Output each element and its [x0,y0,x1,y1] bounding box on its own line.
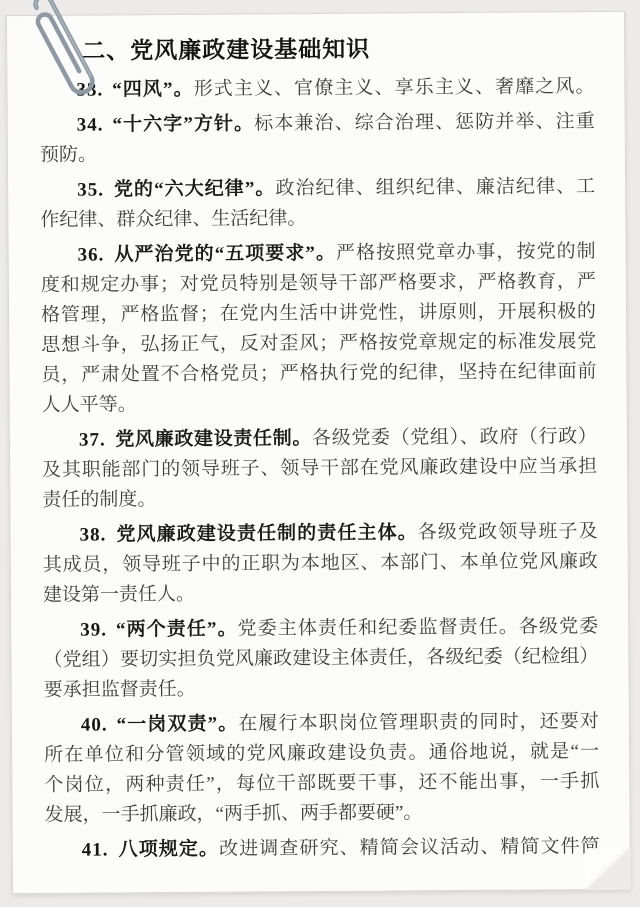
text-line: 预防。 [40,137,595,171]
text-line: 所在单位和分管领域的党风廉政建设负责。通俗地说，就是“一 [44,737,599,771]
text-line: 作纪律、群众纪律、生活纪律。 [40,202,595,236]
item-text: 各级党政领导班子及 [418,521,598,543]
photo-background: 二、党风廉政建设基础知识 33.“四风”。形式主义、官僚主义、享乐主义、奢靡之风… [0,0,640,907]
item-text: 改进调查研究、精简会议活动、精简文件简 [219,836,600,860]
item-number: 34. [77,114,104,135]
text-line: 35.党的“六大纪律”。政治纪律、组织纪律、廉洁纪律、工 [40,172,595,206]
item-term: 党风廉政建设责任制的责任主体。 [115,522,418,545]
item-number: 37. [79,429,106,450]
knowledge-item: 35.党的“六大纪律”。政治纪律、组织纪律、廉洁纪律、工作纪律、群众纪律、生活纪… [40,172,595,236]
knowledge-item: 34.“十六字”方针。标本兼治、综合治理、惩防并举、注重预防。 [40,107,595,171]
text-line: 34.“十六字”方针。标本兼治、综合治理、惩防并举、注重 [40,107,595,141]
item-text: 政治纪律、组织纪律、廉洁纪律、工 [275,176,595,199]
knowledge-item: 37.党风廉政建设责任制。各级党委（党组）、政府（行政）及其职能部门的领导班子、… [42,422,598,516]
text-line: 37.党风廉政建设责任制。各级党委（党组）、政府（行政） [42,422,597,456]
item-number: 41. [82,839,109,860]
item-number: 36. [78,244,105,265]
item-term: 党风廉政建设责任制。 [115,428,313,450]
text-line: 要承担监督责任。 [44,672,599,706]
item-term: “两个责任”。 [116,619,238,641]
text-line: 思想斗争，弘扬正气，反对歪风；严格按党章规定的标准发展党 [41,327,596,361]
text-line: 度和规定办事；对党员特别是领导干部严格要求，严格教育，严 [41,267,596,301]
item-text: 在履行本职岗位管理职责的同时，还要对 [238,711,599,735]
item-term: 党的“六大纪律”。 [113,178,276,200]
text-line: 责任的制度。 [42,482,597,516]
item-text: 各级党委（党组）、政府（行政） [312,426,597,449]
text-line: 员，严肃处置不合格党员；严格执行党的纪律，坚持在纪律面前 [41,357,596,391]
text-line: 建设第一责任人。 [43,577,598,611]
text-line: 41.八项规定。改进调查研究、精简会议活动、精简文件简 [45,832,600,866]
text-line: 36.从严治党的“五项要求”。严格按照党章办事，按党的制 [41,237,596,271]
item-term: 从严治党的“五项要求”。 [113,243,336,266]
item-term: “四风”。 [112,79,194,101]
item-number: 35. [77,179,104,200]
text-line: 格管理，严格监督；在党内生活中讲党性，讲原则，开展积极的 [41,297,596,331]
item-text: 严格按照党章办事，按党的制 [336,241,596,264]
text-line: 个岗位，两种责任”，每位干部既要干事，还不能出事，一手抓 [44,767,599,801]
item-term: 八项规定。 [117,839,219,861]
item-text: 形式主义、官僚主义、享乐主义、奢靡之风。 [194,76,595,100]
knowledge-item: 38.党风廉政建设责任制的责任主体。各级党政领导班子及其成员，领导班子中的正职为… [42,517,598,611]
item-term: “一岗双责”。 [117,714,239,736]
text-line: 39.“两个责任”。党委主体责任和纪委监督责任。各级党委 [43,612,598,646]
section-heading: 二、党风廉政建设基础知识 [82,30,594,68]
text-line: 38.党风廉政建设责任制的责任主体。各级党政领导班子及 [42,517,597,551]
items-container: 33.“四风”。形式主义、官僚主义、享乐主义、奢靡之风。34.“十六字”方针。标… [39,72,600,866]
knowledge-item: 33.“四风”。形式主义、官僚主义、享乐主义、奢靡之风。 [39,72,594,106]
item-text: 标本兼治、综合治理、惩防并举、注重 [254,111,595,134]
text-line: 及其职能部门的领导班子、领导干部在党风廉政建设中应当承担 [42,452,597,486]
text-line: 人人平等。 [42,387,597,421]
knowledge-item: 41.八项规定。改进调查研究、精简会议活动、精简文件简 [45,832,600,866]
text-line: 其成员，领导班子中的正职为本地区、本部门、本单位党风廉政 [43,547,598,581]
text-line: 40.“一岗双责”。在履行本职岗位管理职责的同时，还要对 [44,707,599,741]
knowledge-item: 39.“两个责任”。党委主体责任和纪委监督责任。各级党委（党组）要切实担负党风廉… [43,612,599,706]
knowledge-item: 40.“一岗双责”。在履行本职岗位管理职责的同时，还要对所在单位和分管领域的党风… [44,707,600,831]
item-text: 党委主体责任和纪委监督责任。各级党委 [238,616,599,640]
text-line: （党组）要切实担负党风廉政建设主体责任，各级纪委（纪检组） [43,642,598,676]
item-number: 40. [81,714,108,735]
item-term: “十六字”方针。 [112,113,254,135]
item-number: 38. [79,524,106,545]
item-number: 39. [80,619,107,640]
document-content: 二、党风廉政建设基础知识 33.“四风”。形式主义、官僚主义、享乐主义、奢靡之风… [7,12,630,871]
knowledge-item: 36.从严治党的“五项要求”。严格按照党章办事，按党的制度和规定办事；对党员特别… [41,237,597,421]
text-line: 33.“四风”。形式主义、官僚主义、享乐主义、奢靡之风。 [39,72,594,106]
text-line: 发展，一手抓廉政，“两手抓、两手都要硬”。 [44,797,599,831]
paper-sheet: 二、党风廉政建设基础知识 33.“四风”。形式主义、官僚主义、享乐主义、奢靡之风… [6,11,631,894]
